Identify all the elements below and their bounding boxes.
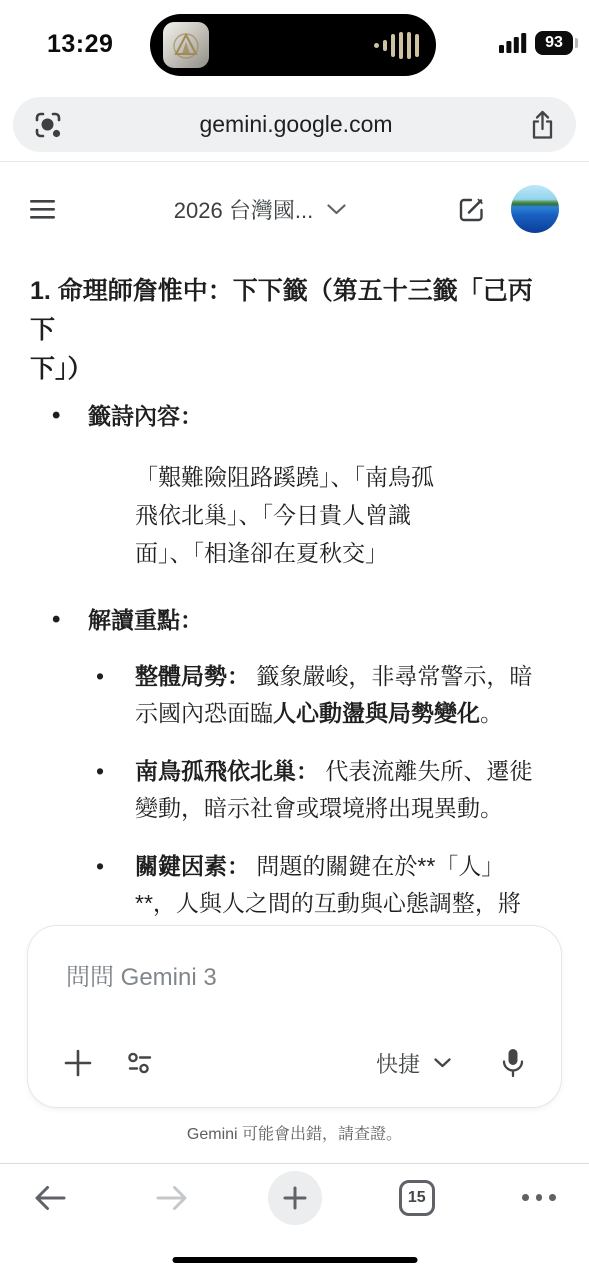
new-chat-button[interactable] [458, 196, 485, 223]
mic-button[interactable] [501, 1048, 525, 1079]
disclaimer-text: Gemini 可能會出錯，請查證。 [0, 1121, 589, 1144]
forward-arrow-icon [155, 1184, 189, 1212]
status-indicators: 93 [499, 31, 573, 55]
browser-toolbar: 15 [0, 1163, 589, 1243]
url-text[interactable]: gemini.google.com [63, 111, 529, 138]
plus-circle-icon [268, 1171, 322, 1225]
prompt-placeholder[interactable]: 問問 Gemini 3 [66, 957, 217, 992]
back-arrow-icon [33, 1184, 67, 1212]
bullet-label: 籤詩內容： [88, 403, 203, 429]
model-mode-label[interactable]: 快捷 [376, 1048, 420, 1079]
mountain-logo-icon [169, 28, 203, 62]
forward-button[interactable] [144, 1170, 200, 1226]
cellular-signal-icon [499, 33, 527, 54]
gemini-app-header: 2026 台灣國... [0, 163, 589, 255]
more-dots-icon [522, 1194, 556, 1201]
sub-bullet-list: 整體局勢： 籤象嚴峻，非尋常警示，暗示國內恐面臨人心動盪與局勢變化。 南鳥孤飛依… [88, 658, 557, 959]
tune-icon [126, 1052, 154, 1074]
tools-button[interactable] [126, 1052, 154, 1074]
google-lens-icon[interactable] [33, 110, 63, 140]
tab-count-icon: 15 [399, 1180, 435, 1216]
bullet-label: 解讀重點： [88, 607, 203, 633]
tab-switcher-button[interactable]: 15 [389, 1170, 445, 1226]
new-tab-button[interactable] [267, 1170, 323, 1226]
omnibox[interactable]: gemini.google.com [13, 97, 576, 152]
browser-url-bar: gemini.google.com [0, 90, 589, 162]
list-item: 南鳥孤飛依北巢： 代表流離失所、遷徙變動，暗示社會或環境將出現異動。 [88, 753, 557, 827]
compose-icon [458, 196, 485, 223]
home-indicator[interactable] [172, 1257, 417, 1263]
microphone-icon [501, 1048, 525, 1079]
add-attachment-icon[interactable] [64, 1049, 92, 1077]
browser-menu-button[interactable] [511, 1170, 567, 1226]
conversation-title-dropdown[interactable]: 2026 台灣國... [62, 194, 458, 225]
list-item: 籤詩內容： 「艱難險阻路蹊蹺」、「南鳥孤飛依北巢」、「今日貴人曾識面」、「相逢卻… [30, 398, 557, 572]
tab-count: 15 [408, 1189, 426, 1207]
back-button[interactable] [22, 1170, 78, 1226]
list-item: 整體局勢： 籤象嚴峻，非尋常警示，暗示國內恐面臨人心動盪與局勢變化。 [88, 658, 557, 732]
prompt-input-box[interactable]: 問問 Gemini 3 快捷 [27, 925, 562, 1108]
poem-quote: 「艱難險阻路蹊蹺」、「南鳥孤飛依北巢」、「今日貴人曾識面」、「相逢卻在夏秋交」 [135, 458, 557, 572]
bullet-list: 籤詩內容： 「艱難險阻路蹊蹺」、「南鳥孤飛依北巢」、「今日貴人曾識面」、「相逢卻… [30, 398, 557, 959]
account-avatar[interactable] [511, 185, 559, 233]
dynamic-island[interactable] [150, 14, 436, 76]
response-heading: 1. 命理師詹惟中：下下籤（第五十三籤「己丙下下」） [30, 272, 557, 389]
share-icon[interactable] [529, 109, 556, 141]
chat-response: 1. 命理師詹惟中：下下籤（第五十三籤「己丙下下」） 籤詩內容： 「艱難險阻路蹊… [0, 255, 589, 989]
chevron-down-icon[interactable] [434, 1058, 451, 1068]
list-item: 解讀重點： 整體局勢： 籤象嚴峻，非尋常警示，暗示國內恐面臨人心動盪與局勢變化。… [30, 602, 557, 959]
input-actions: 快捷 [64, 1045, 525, 1081]
menu-icon[interactable] [30, 200, 56, 219]
active-audio-app-icon [163, 22, 209, 68]
plus-icon [283, 1186, 307, 1210]
audio-waveform-icon [374, 14, 419, 76]
clock: 13:29 [47, 30, 113, 59]
phone-screen: 13:29 93 [0, 0, 589, 1280]
battery-indicator: 93 [535, 31, 573, 55]
status-bar: 13:29 93 [0, 0, 589, 90]
chevron-down-icon [327, 204, 346, 215]
conversation-title[interactable]: 2026 台灣國... [174, 194, 313, 225]
battery-percent: 93 [545, 34, 563, 52]
